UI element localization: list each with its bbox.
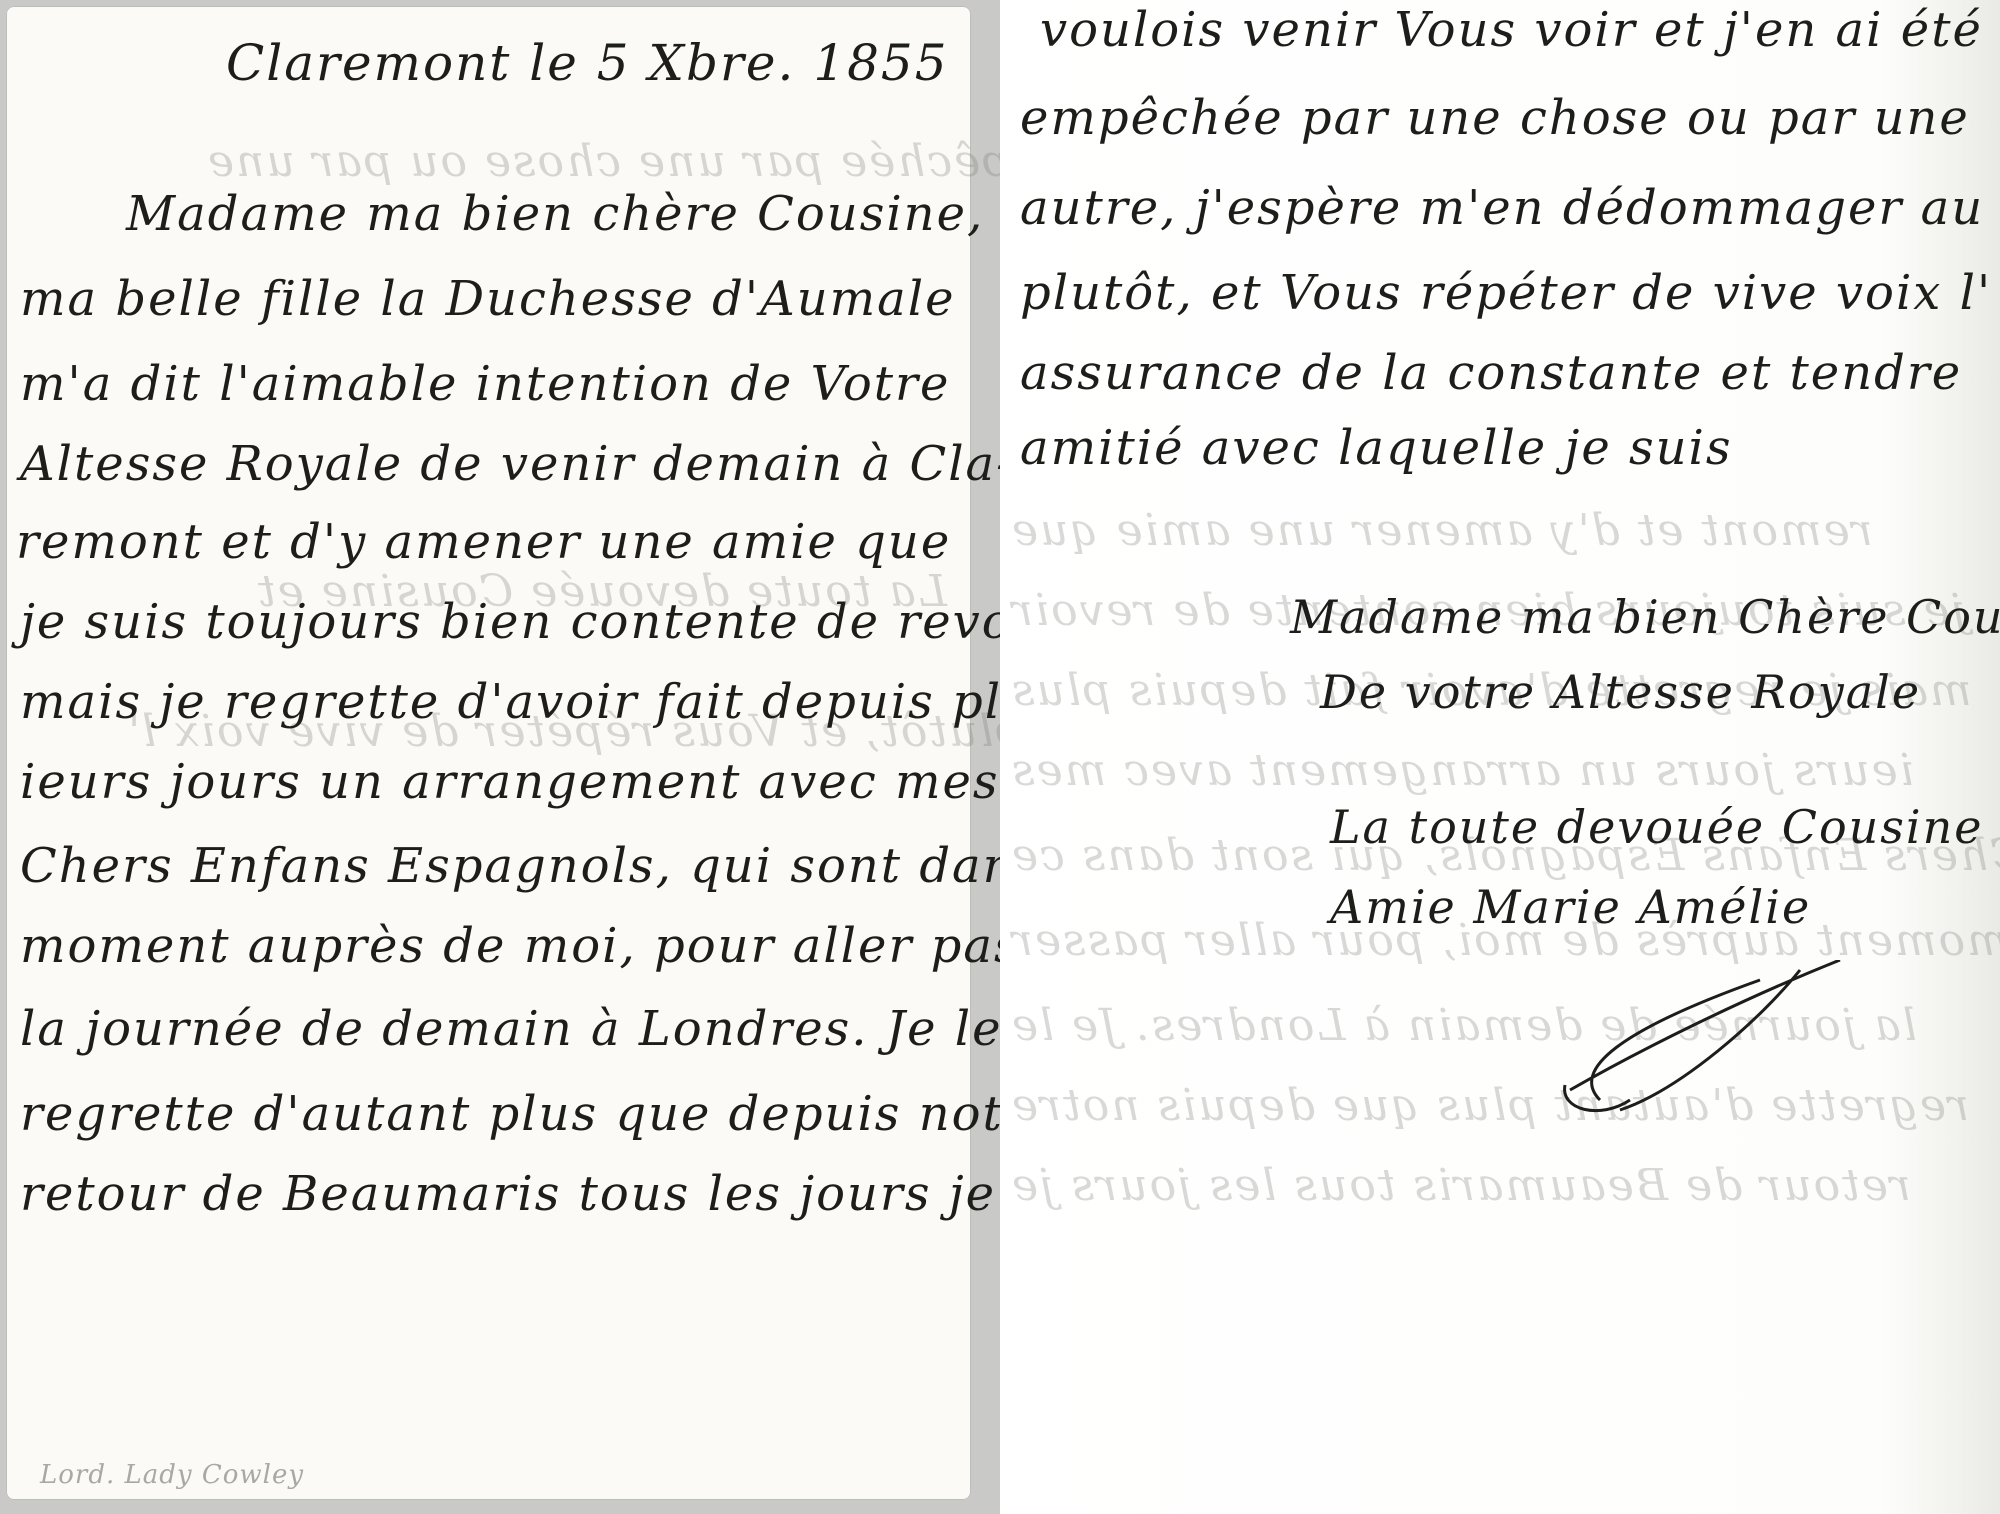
signature-flourish-icon [1560, 960, 1880, 1120]
letter-line: mais je regrette d'avoir fait depuis plu… [20, 674, 1062, 730]
letter-line: m'a dit l'aimable intention de Votre [20, 356, 950, 412]
bleed-through-text: empêchée par une chose ou par une [206, 136, 1082, 187]
letter-line: moment auprès de moi, pour aller passer [20, 918, 1103, 974]
letter-line: ieurs jours un arrangement avec mes [20, 754, 1000, 810]
salutation-line: Madame ma bien chère Cousine, [126, 186, 984, 242]
signature-line: Amie Marie Amélie [1330, 880, 1811, 934]
letter-page-right: remont et d'y amener une amie que je sui… [1000, 0, 2000, 1514]
letter-line: remont et d'y amener une amie que [16, 514, 951, 570]
letter-line: amitié avec laquelle je suis [1020, 420, 1733, 476]
pencil-annotation: Lord. Lady Cowley [40, 1460, 304, 1490]
letter-line: Altesse Royale de venir demain à Cla- [20, 436, 1014, 492]
letter-line: plutôt, et Vous répéter de vive voix l' [1020, 265, 1992, 321]
bleed-through-text: remont et d'y amener une amie que [1010, 505, 1873, 556]
letter-line: empêchée par une chose ou par une [1020, 90, 1970, 146]
closing-line: De votre Altesse Royale [1320, 665, 1921, 719]
dateline: Claremont le 5 Xbre. 1855 [226, 34, 949, 92]
closing-salutation: Madame ma bien Chère Cousine [1290, 590, 2000, 644]
letter-line: regrette d'autant plus que depuis notre [20, 1086, 1059, 1142]
letter-line: Chers Enfans Espagnols, qui sont dans ce [20, 838, 1119, 894]
letter-line: assurance de la constante et tendre [1020, 345, 1962, 401]
letter-line: voulois venir Vous voir et j'en ai été [1040, 2, 1983, 58]
bleed-through-text: retour de Beaumaris tous les jours je [1010, 1160, 1911, 1211]
letter-line: retour de Beaumaris tous les jours je [20, 1166, 996, 1222]
letter-line: la journée de demain à Londres. Je le [20, 1001, 1002, 1057]
letter-line: autre, j'espère m'en dédommager au [1020, 180, 1984, 236]
letter-line: je suis toujours bien contente de revoir [20, 594, 1055, 650]
closing-line: La toute devouée Cousine et [1330, 800, 2000, 854]
letter-page-left: empêchée par une chose ou par une plutôt… [6, 6, 971, 1500]
letter-line: ma belle fille la Duchesse d'Aumale [20, 271, 956, 327]
bleed-through-text: ieurs jours un arrangement avec mes [1010, 745, 1914, 796]
